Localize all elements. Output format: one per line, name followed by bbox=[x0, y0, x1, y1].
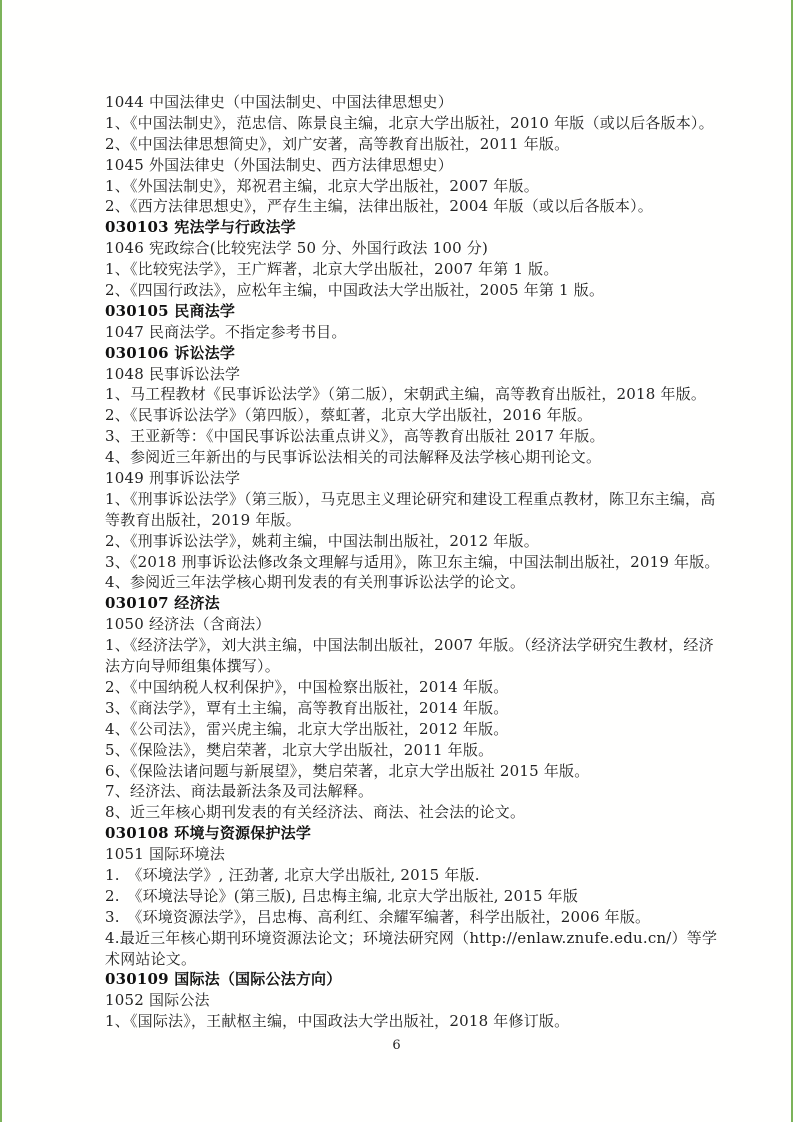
document-line: 2、《西方法律思想史》，严存生主编，法律出版社，2004 年版（或以后各版本）。 bbox=[105, 196, 717, 217]
document-line: 1051 国际环境法 bbox=[105, 844, 717, 865]
document-line: 3、《商法学》，覃有土主编，高等教育出版社，2014 年版。 bbox=[105, 698, 717, 719]
document-line: 1046 宪政综合(比较宪法学 50 分、外国行政法 100 分) bbox=[105, 238, 717, 259]
document-line: 1、马工程教材《民事诉讼法学》（第二版），宋朝武主编，高等教育出版社，2018 … bbox=[105, 384, 717, 405]
document-line: 1052 国际公法 bbox=[105, 990, 717, 1011]
document-line: 4、《公司法》，雷兴虎主编，北京大学出版社，2012 年版。 bbox=[105, 719, 717, 740]
document-line: 1045 外国法律史（外国法制史、西方法律思想史） bbox=[105, 155, 717, 176]
document-line: 2、《民事诉讼法学》（第四版），蔡虹著，北京大学出版社，2016 年版。 bbox=[105, 405, 717, 426]
document-line: 1、《刑事诉讼法学》（第三版），马克思主义理论研究和建设工程重点教材，陈卫东主编… bbox=[105, 489, 717, 510]
document-line: 2、《中国法律思想简史》，刘广安著，高等教育出版社，2011 年版。 bbox=[105, 134, 717, 155]
section-heading: 030106 诉讼法学 bbox=[105, 343, 717, 364]
document-line: 2、《中国纳税人权利保护》，中国检察出版社，2014 年版。 bbox=[105, 677, 717, 698]
document-line: 1048 民事诉讼法学 bbox=[105, 364, 717, 385]
document-line: 1、《中国法制史》，范忠信、陈景良主编，北京大学出版社，2010 年版（或以后各… bbox=[105, 113, 717, 134]
document-line: 4、参阅近三年法学核心期刊发表的有关刑事诉讼法学的论文。 bbox=[105, 572, 717, 593]
document-line: 1、《外国法制史》，郑祝君主编，北京大学出版社，2007 年版。 bbox=[105, 176, 717, 197]
document-line: 7、经济法、商法最新法条及司法解释。 bbox=[105, 781, 717, 802]
section-heading: 030103 宪法学与行政法学 bbox=[105, 217, 717, 238]
document-line: 1047 民商法学。不指定参考书目。 bbox=[105, 322, 717, 343]
document-line: 1050 经济法（含商法） bbox=[105, 614, 717, 635]
document-line: 1、《经济法学》，刘大洪主编，中国法制出版社，2007 年版。（经济法学研究生教… bbox=[105, 635, 717, 656]
document-line: 3. 《环境资源法学》，吕忠梅、高利红、余耀军编著，科学出版社，2006 年版。 bbox=[105, 907, 717, 928]
document-line: 1044 中国法律史（中国法制史、中国法律思想史） bbox=[105, 92, 717, 113]
document-lines: 1044 中国法律史（中国法制史、中国法律思想史）1、《中国法制史》，范忠信、陈… bbox=[105, 92, 717, 1032]
document-line: 1、《国际法》，王献枢主编，中国政法大学出版社，2018 年修订版。 bbox=[105, 1011, 717, 1032]
document-line: 1. 《环境法学》, 汪劲著, 北京大学出版社, 2015 年版. bbox=[105, 865, 717, 886]
page-left-border bbox=[0, 0, 2, 1122]
document-page: 1044 中国法律史（中国法制史、中国法律思想史）1、《中国法制史》，范忠信、陈… bbox=[0, 0, 793, 1122]
section-heading: 030108 环境与资源保护法学 bbox=[105, 823, 717, 844]
document-line: 等教育出版社，2019 年版。 bbox=[105, 510, 717, 531]
document-line: 5、《保险法》，樊启荣著，北京大学出版社，2011 年版。 bbox=[105, 740, 717, 761]
document-line: 6、《保险法诸问题与新展望》，樊启荣著，北京大学出版社 2015 年版。 bbox=[105, 761, 717, 782]
document-line: 4、参阅近三年新出的与民事诉讼法相关的司法解释及法学核心期刊论文。 bbox=[105, 447, 717, 468]
section-heading: 030105 民商法学 bbox=[105, 301, 717, 322]
document-line: 3、王亚新等：《中国民事诉讼法重点讲义》，高等教育出版社 2017 年版。 bbox=[105, 426, 717, 447]
page-number: 6 bbox=[0, 1038, 793, 1053]
section-heading: 030107 经济法 bbox=[105, 593, 717, 614]
document-line: 法方向导师组集体撰写）。 bbox=[105, 656, 717, 677]
document-line: 术网站论文。 bbox=[105, 949, 717, 970]
document-line: 8、近三年核心期刊发表的有关经济法、商法、社会法的论文。 bbox=[105, 802, 717, 823]
document-line: 2、《刑事诉讼法学》，姚莉主编，中国法制出版社，2012 年版。 bbox=[105, 531, 717, 552]
document-line: 3、《2018 刑事诉讼法修改条文理解与适用》，陈卫东主编，中国法制出版社，20… bbox=[105, 552, 717, 573]
document-line: 2、《四国行政法》，应松年主编，中国政法大学出版社，2005 年第 1 版。 bbox=[105, 280, 717, 301]
document-line: 1、《比较宪法学》，王广辉著，北京大学出版社，2007 年第 1 版。 bbox=[105, 259, 717, 280]
section-heading: 030109 国际法（国际公法方向） bbox=[105, 969, 717, 990]
document-line: 4.最近三年核心期刊环境资源法论文；环境法研究网（http://enlaw.zn… bbox=[105, 928, 717, 949]
document-line: 1049 刑事诉讼法学 bbox=[105, 468, 717, 489]
document-line: 2. 《环境法导论》(第三版), 吕忠梅主编, 北京大学出版社, 2015 年版 bbox=[105, 886, 717, 907]
